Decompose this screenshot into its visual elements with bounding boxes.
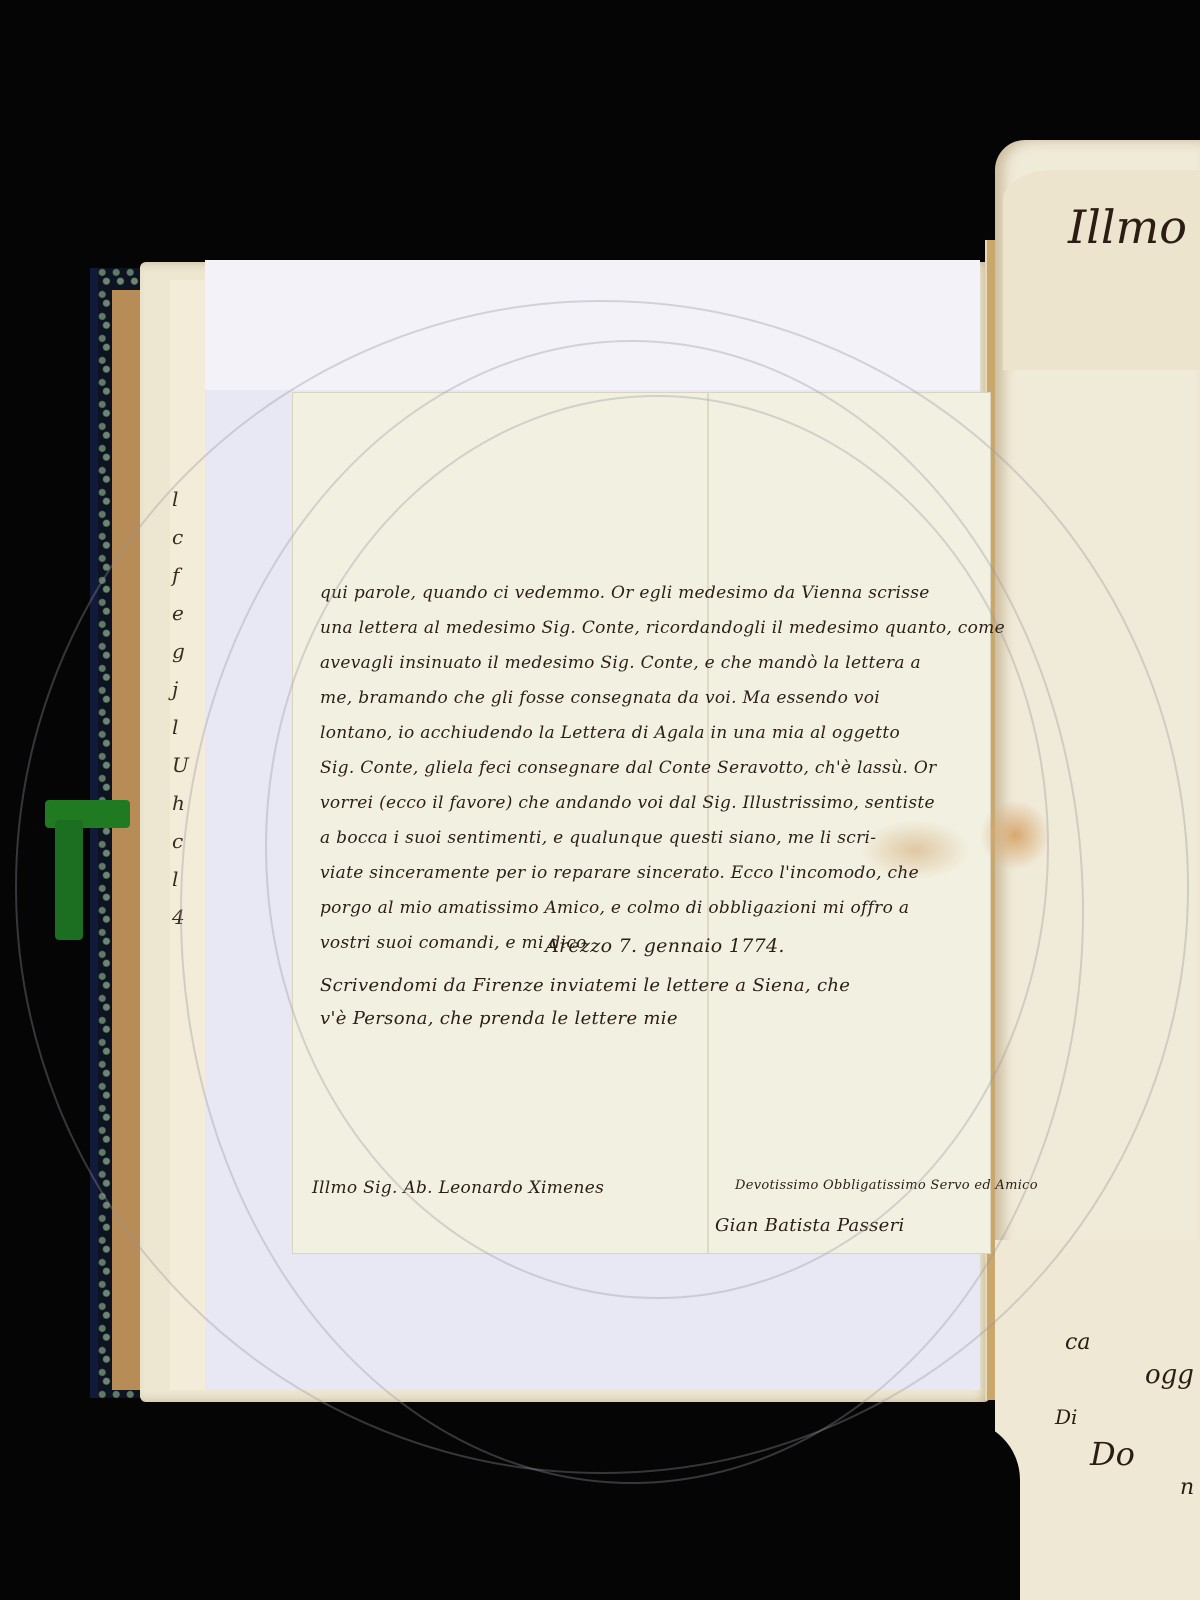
body-line: porgo al mio amatissimo Amico, e colmo d… [320, 898, 909, 918]
margin-fragment: j [172, 670, 202, 708]
right-page-fragment: Di [1055, 1405, 1077, 1429]
addressee: Illmo Sig. Ab. Leonardo Ximenes [312, 1178, 604, 1198]
margin-fragment: c [172, 822, 202, 860]
margin-fragment: g [172, 632, 202, 670]
postscript-line: v'è Persona, che prenda le lettere mie [320, 1008, 678, 1029]
right-page-lower: ca ogg Di Do n [995, 1240, 1200, 1600]
mounting-sheet-top [205, 260, 980, 390]
margin-fragment: f [172, 556, 202, 594]
margin-fragment: h [172, 784, 202, 822]
margin-fragment: c [172, 518, 202, 556]
body-line: una lettera al medesimo Sig. Conte, rico… [320, 618, 1005, 638]
signature: Gian Batista Passeri [715, 1215, 905, 1236]
dateline: Arezzo 7. gennaio 1774. [545, 935, 785, 957]
letter-sheet [293, 393, 990, 1253]
margin-fragment: l [172, 708, 202, 746]
margin-fragment: l [172, 480, 202, 518]
body-line: vorrei (ecco il favore) che andando voi … [320, 793, 935, 813]
postscript-line: Scrivendomi da Firenze inviatemi le lett… [320, 975, 850, 996]
right-page-heading: Illmo [1068, 200, 1187, 254]
body-line: lontano, io acchiudendo la Lettera di Ag… [320, 723, 900, 743]
right-page-fragment: ogg [1145, 1360, 1194, 1390]
body-line: Sig. Conte, gliela feci consegnare dal C… [320, 758, 937, 778]
right-page-fragment: ca [1065, 1330, 1090, 1355]
right-page-folded-flap: Illmo [1003, 170, 1200, 370]
green-ribbon-tail [55, 820, 83, 940]
body-line: avevagli insinuato il medesimo Sig. Cont… [320, 653, 921, 673]
body-line: qui parole, quando ci vedemmo. Or egli m… [320, 583, 930, 603]
margin-fragment: l [172, 860, 202, 898]
left-margin-fragments: l c f e g j l U h c l 4 [172, 480, 202, 1300]
body-line: me, bramando che gli fosse consegnata da… [320, 688, 880, 708]
margin-fragment: 4 [172, 898, 202, 936]
binding-board-edge [112, 290, 142, 1390]
margin-fragment: U [172, 746, 202, 784]
foxing-stain [980, 800, 1050, 870]
right-page-fragment: n [1180, 1475, 1194, 1500]
margin-fragment: e [172, 594, 202, 632]
right-page-fragment: Do [1090, 1435, 1135, 1473]
closing-formula: Devotissimo Obbligatissimo Servo ed Amic… [735, 1178, 1038, 1193]
body-line: a bocca i suoi sentimenti, e qualunque q… [320, 828, 876, 848]
body-line: viate sinceramente per io reparare since… [320, 863, 919, 883]
